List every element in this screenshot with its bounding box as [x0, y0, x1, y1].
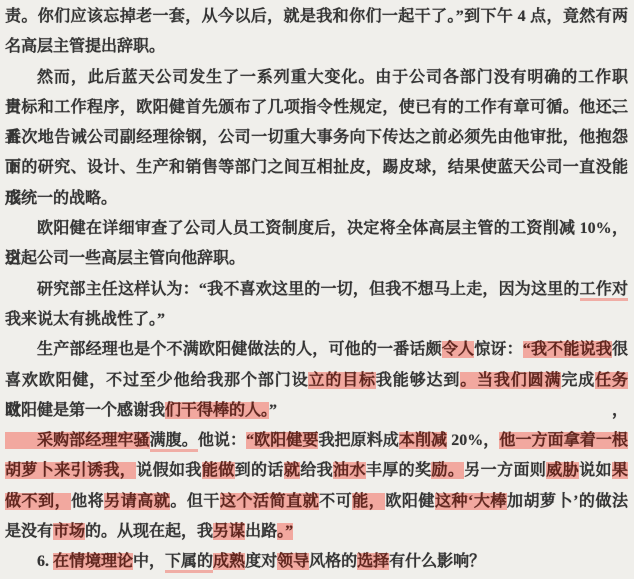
highlighted-text: 另请高就	[104, 493, 170, 510]
document-page: 责。你们应该忘掉老一套，从今以后，就是我和你们一起干了。”到下午 4 点，竟然有…	[0, 0, 634, 579]
text-run: 我能够达到	[376, 372, 460, 389]
text-run: 完成	[561, 372, 595, 389]
highlighted-text: 成熟	[213, 553, 245, 570]
text-run: 另一方面则	[464, 462, 546, 479]
text-line: 我来说太有挑战性了。”	[5, 305, 628, 335]
text-run: 欧阳健是第一个感谢我	[5, 402, 165, 419]
text-run: 不可	[319, 493, 352, 510]
highlighted-text: 。当我们圆满	[460, 372, 561, 389]
highlighted-text: 他一方面拿着一根	[499, 432, 628, 449]
text-run: 出路	[245, 523, 277, 540]
highlighted-text: 能，	[352, 493, 385, 510]
highlighted-text: “欧阳健要	[246, 432, 318, 449]
highlighted-text: 在情境理论	[53, 553, 133, 570]
highlighted-text: 就	[284, 462, 300, 479]
text-run: 6.	[5, 553, 53, 570]
text-run: 说假如我	[136, 462, 202, 479]
highlighted-text: 胡萝卜来引诱我，	[5, 462, 136, 479]
text-run: 中，	[133, 553, 165, 570]
text-line: 成统一的战略。	[5, 184, 628, 214]
text-run: 很	[612, 341, 628, 358]
text-line: 6. 在情境理论中，下属的成熟度对领导风格的选择有什么影响？	[5, 547, 628, 577]
text-line: 责。你们应该忘掉老一套，从今以后，就是我和你们一起干了。”到下午 4 点，竟然有…	[5, 2, 628, 32]
text-line: 采购部经理牢骚满腹。他说：“欧阳健要我把原料成本削减 20%，他一方面拿着一根	[5, 426, 628, 456]
text-line: 欧阳健在详细审查了公司人员工资制度后，决定将全体高层主管的工资削减 10%，这	[5, 214, 628, 244]
highlighted-text: 任务	[595, 372, 628, 389]
highlighted-text: 本削减	[399, 432, 447, 449]
document-body: 责。你们应该忘掉老一套，从今以后，就是我和你们一起干了。”到下午 4 点，竟然有…	[5, 2, 628, 578]
highlighted-text: 领导	[277, 553, 309, 570]
text-line: 研究部主任这样认为：“我不喜欢这里的一切，但我不想马上走，因为这里的工作对	[5, 275, 628, 305]
text-line: 胡萝卜来引诱我，说假如我能做到的话就给我油水丰厚的奖励。另一方面则威胁说如果我	[5, 456, 628, 486]
text-line: 做不到，他将另请高就。但干这个活简直就不可能，欧阳健这种‘大棒加胡萝卜’的做法	[5, 487, 628, 517]
highlighted-text: 采购部经理牢骚	[5, 432, 150, 449]
text-line: 面的研究、设计、生产和销售等部门之间互相扯皮，踢皮球，结果使蓝天公司一直没能形	[5, 153, 628, 183]
text-run: 喜欢欧阳健，不过至少他给我那个部门设	[5, 372, 308, 389]
highlighted-text: 立的目标	[308, 372, 375, 389]
text-line: 引起公司一些高层主管向他辞职。	[5, 244, 628, 274]
underlined-text: 工作对	[580, 281, 628, 301]
text-run: 加胡萝卜’的做法	[507, 493, 628, 510]
text-line: 然而，此后蓝天公司发生了一系列重大变化。由于公司各部门没有明确的工作职责、	[5, 63, 628, 93]
text-run: 生产部经理也是个不满欧阳健做法的人，可他的一番话颇	[5, 341, 442, 358]
text-run: 我来说太有挑战性了。”	[5, 311, 165, 328]
text-run: ”	[269, 402, 277, 419]
underlined-text: 满腹。	[150, 432, 198, 452]
highlighted-text: 能做	[202, 462, 235, 479]
text-run: 他说：	[198, 432, 246, 449]
highlighted-text: 另谋	[213, 523, 245, 540]
text-line: 是没有市场的。从现在起，我另谋出路。”	[5, 517, 628, 547]
text-run: 成统一的战略。	[5, 190, 117, 207]
highlighted-text: 这个活简直就	[220, 493, 319, 510]
text-run: 引起公司一些高层主管向他辞职。	[5, 250, 245, 267]
text-run: 我把原料成	[318, 432, 398, 449]
text-run: 责。你们应该忘掉老一套，从今以后，就是我和你们一起干了。”到下午 4 点，竟然有…	[5, 8, 628, 25]
text-run: 到的话	[235, 462, 284, 479]
text-run: 风格的	[309, 553, 357, 570]
highlighted-text: 选择	[357, 553, 389, 570]
text-run: 惊讶：	[474, 341, 523, 358]
text-run: 说如	[579, 462, 612, 479]
highlighted-text: 励。	[431, 462, 464, 479]
highlighted-text: 令人	[442, 341, 474, 358]
text-line: 名高层主管提出辞职。	[5, 32, 628, 62]
highlighted-text: 做不到，	[5, 493, 71, 510]
text-run: 是没有	[5, 523, 53, 540]
text-run: 度对	[245, 553, 277, 570]
text-run: 丰厚的奖	[366, 462, 432, 479]
text-run: 20%，	[447, 432, 499, 449]
text-line: 喜欢欧阳健，不过至少他给我那个部门设立的目标我能够达到。当我们圆满完成任务时，	[5, 366, 628, 396]
highlighted-text: “我不能说我	[523, 341, 612, 358]
text-line: 五次地告诫公司副经理徐钢，公司一切重大事务向下传达之前必须先由他审批，他抱怨下	[5, 123, 628, 153]
text-run: 给我	[300, 462, 333, 479]
underlined-text: 下属的	[165, 553, 213, 573]
text-run: 欧阳健	[385, 493, 435, 510]
highlighted-text: 。”	[277, 523, 293, 540]
highlighted-text: 们干得棒的人。	[165, 402, 269, 419]
text-run: 有什么影响？	[389, 553, 485, 570]
text-line: 生产部经理也是个不满欧阳健做法的人，可他的一番话颇令人惊讶：“我不能说我很	[5, 335, 628, 365]
text-run: 他将	[71, 493, 104, 510]
highlighted-text: 油水	[333, 462, 366, 479]
text-run: 研究部主任这样认为：“我不喜欢这里的一切，但我不想马上走，因为这里的	[5, 281, 580, 298]
text-run: 名高层主管提出辞职。	[5, 38, 165, 55]
text-run: 。但干	[170, 493, 220, 510]
text-run: 的。从现在起，我	[85, 523, 213, 540]
highlighted-text: 市场	[53, 523, 85, 540]
text-line: 目标和工作程序，欧阳健首先颁布了几项指令性规定，使已有的工作有章可循。他还三番	[5, 93, 628, 123]
highlighted-text: 这种‘大棒	[435, 493, 507, 510]
highlighted-text: 威胁	[546, 462, 579, 479]
